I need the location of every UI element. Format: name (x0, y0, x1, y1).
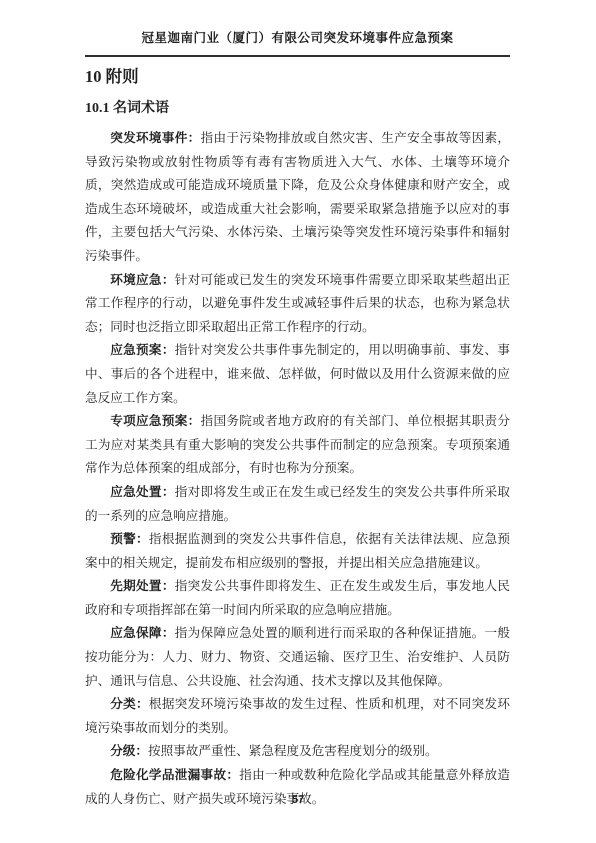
term-label: 专项应急预案： (110, 414, 200, 428)
term-definition: 指根据监测到的突发公共事件信息，依据有关法律法规、应急预案中的相关规定，提前发布… (85, 532, 510, 570)
term-paragraph-early-warning: 预警：指根据监测到的突发公共事件信息，依据有关法律法规、应急预案中的相关规定，提… (85, 528, 510, 575)
term-paragraph-emergency-plan: 应急预案：指针对突发公共事件事先制定的，用以明确事前、事发、事中、事后的各个进程… (85, 339, 510, 410)
term-paragraph-classification: 分类：根据突发环境污染事故的发生过程、性质和机理，对不同突发环境污染事故而划分的… (85, 693, 510, 740)
term-paragraph-emergency-event: 突发环境事件：指由于污染物排放或自然灾害、生产安全事故等因素，导致污染物或放射性… (85, 127, 510, 269)
subsection-heading: 10.1 名词术语 (85, 100, 510, 118)
term-definition: 根据突发环境污染事故的发生过程、性质和机理，对不同突发环境污染事故而划分的类别。 (85, 697, 510, 735)
term-paragraph-emergency-disposal: 应急处置：指对即将发生或正在发生或已经发生的突发公共事件所采取的一系列的应急响应… (85, 481, 510, 528)
section-heading: 10 附则 (85, 66, 510, 87)
term-label: 分类： (110, 697, 149, 711)
page-number: 57 (0, 794, 596, 806)
term-label: 先期处置： (110, 579, 175, 593)
term-paragraph-grading: 分级：按照事故严重性、紧急程度及危害程度划分的级别。 (85, 740, 510, 764)
term-label: 环境应急： (110, 273, 175, 287)
term-label: 应急保障： (110, 626, 175, 640)
term-label: 分级： (110, 744, 148, 758)
term-label: 应急预案： (110, 343, 175, 357)
term-paragraph-initial-disposal: 先期处置：指突发公共事件即将发生、正在发生或发生后，事发地人民政府和专项指挥部在… (85, 575, 510, 622)
term-label: 危险化学品泄漏事故： (110, 768, 239, 782)
document-header: 冠星迦南门业（厦门）有限公司突发环境事件应急预案 (85, 0, 510, 57)
term-label: 应急处置： (110, 485, 175, 499)
document-header-title: 冠星迦南门业（厦门）有限公司突发环境事件应急预案 (85, 30, 510, 46)
term-label: 突发环境事件： (110, 131, 200, 145)
document-content: 10 附则 10.1 名词术语 突发环境事件：指由于污染物排放或自然灾害、生产安… (85, 66, 510, 811)
term-paragraph-special-plan: 专项应急预案：指国务院或者地方政府的有关部门、单位根据其职责分工为应对某类具有重… (85, 410, 510, 481)
term-paragraph-emergency-support: 应急保障：指为保障应急处置的顺利进行而采取的各种保证措施。一般按功能分为：人力、… (85, 622, 510, 693)
term-definition: 按照事故严重性、紧急程度及危害程度划分的级别。 (148, 744, 438, 758)
glossary-list: 突发环境事件：指由于污染物排放或自然灾害、生产安全事故等因素，导致污染物或放射性… (85, 127, 510, 811)
term-label: 预警： (110, 532, 149, 546)
document-page: 冠星迦南门业（厦门）有限公司突发环境事件应急预案 10 附则 10.1 名词术语… (0, 0, 596, 843)
term-paragraph-environment-response: 环境应急：针对可能或已发生的突发环境事件需要立即采取某些超出正常工作程序的行动，… (85, 269, 510, 340)
term-definition: 指由于污染物排放或自然灾害、生产安全事故等因素，导致污染物或放射性物质等有毒有害… (85, 131, 510, 263)
